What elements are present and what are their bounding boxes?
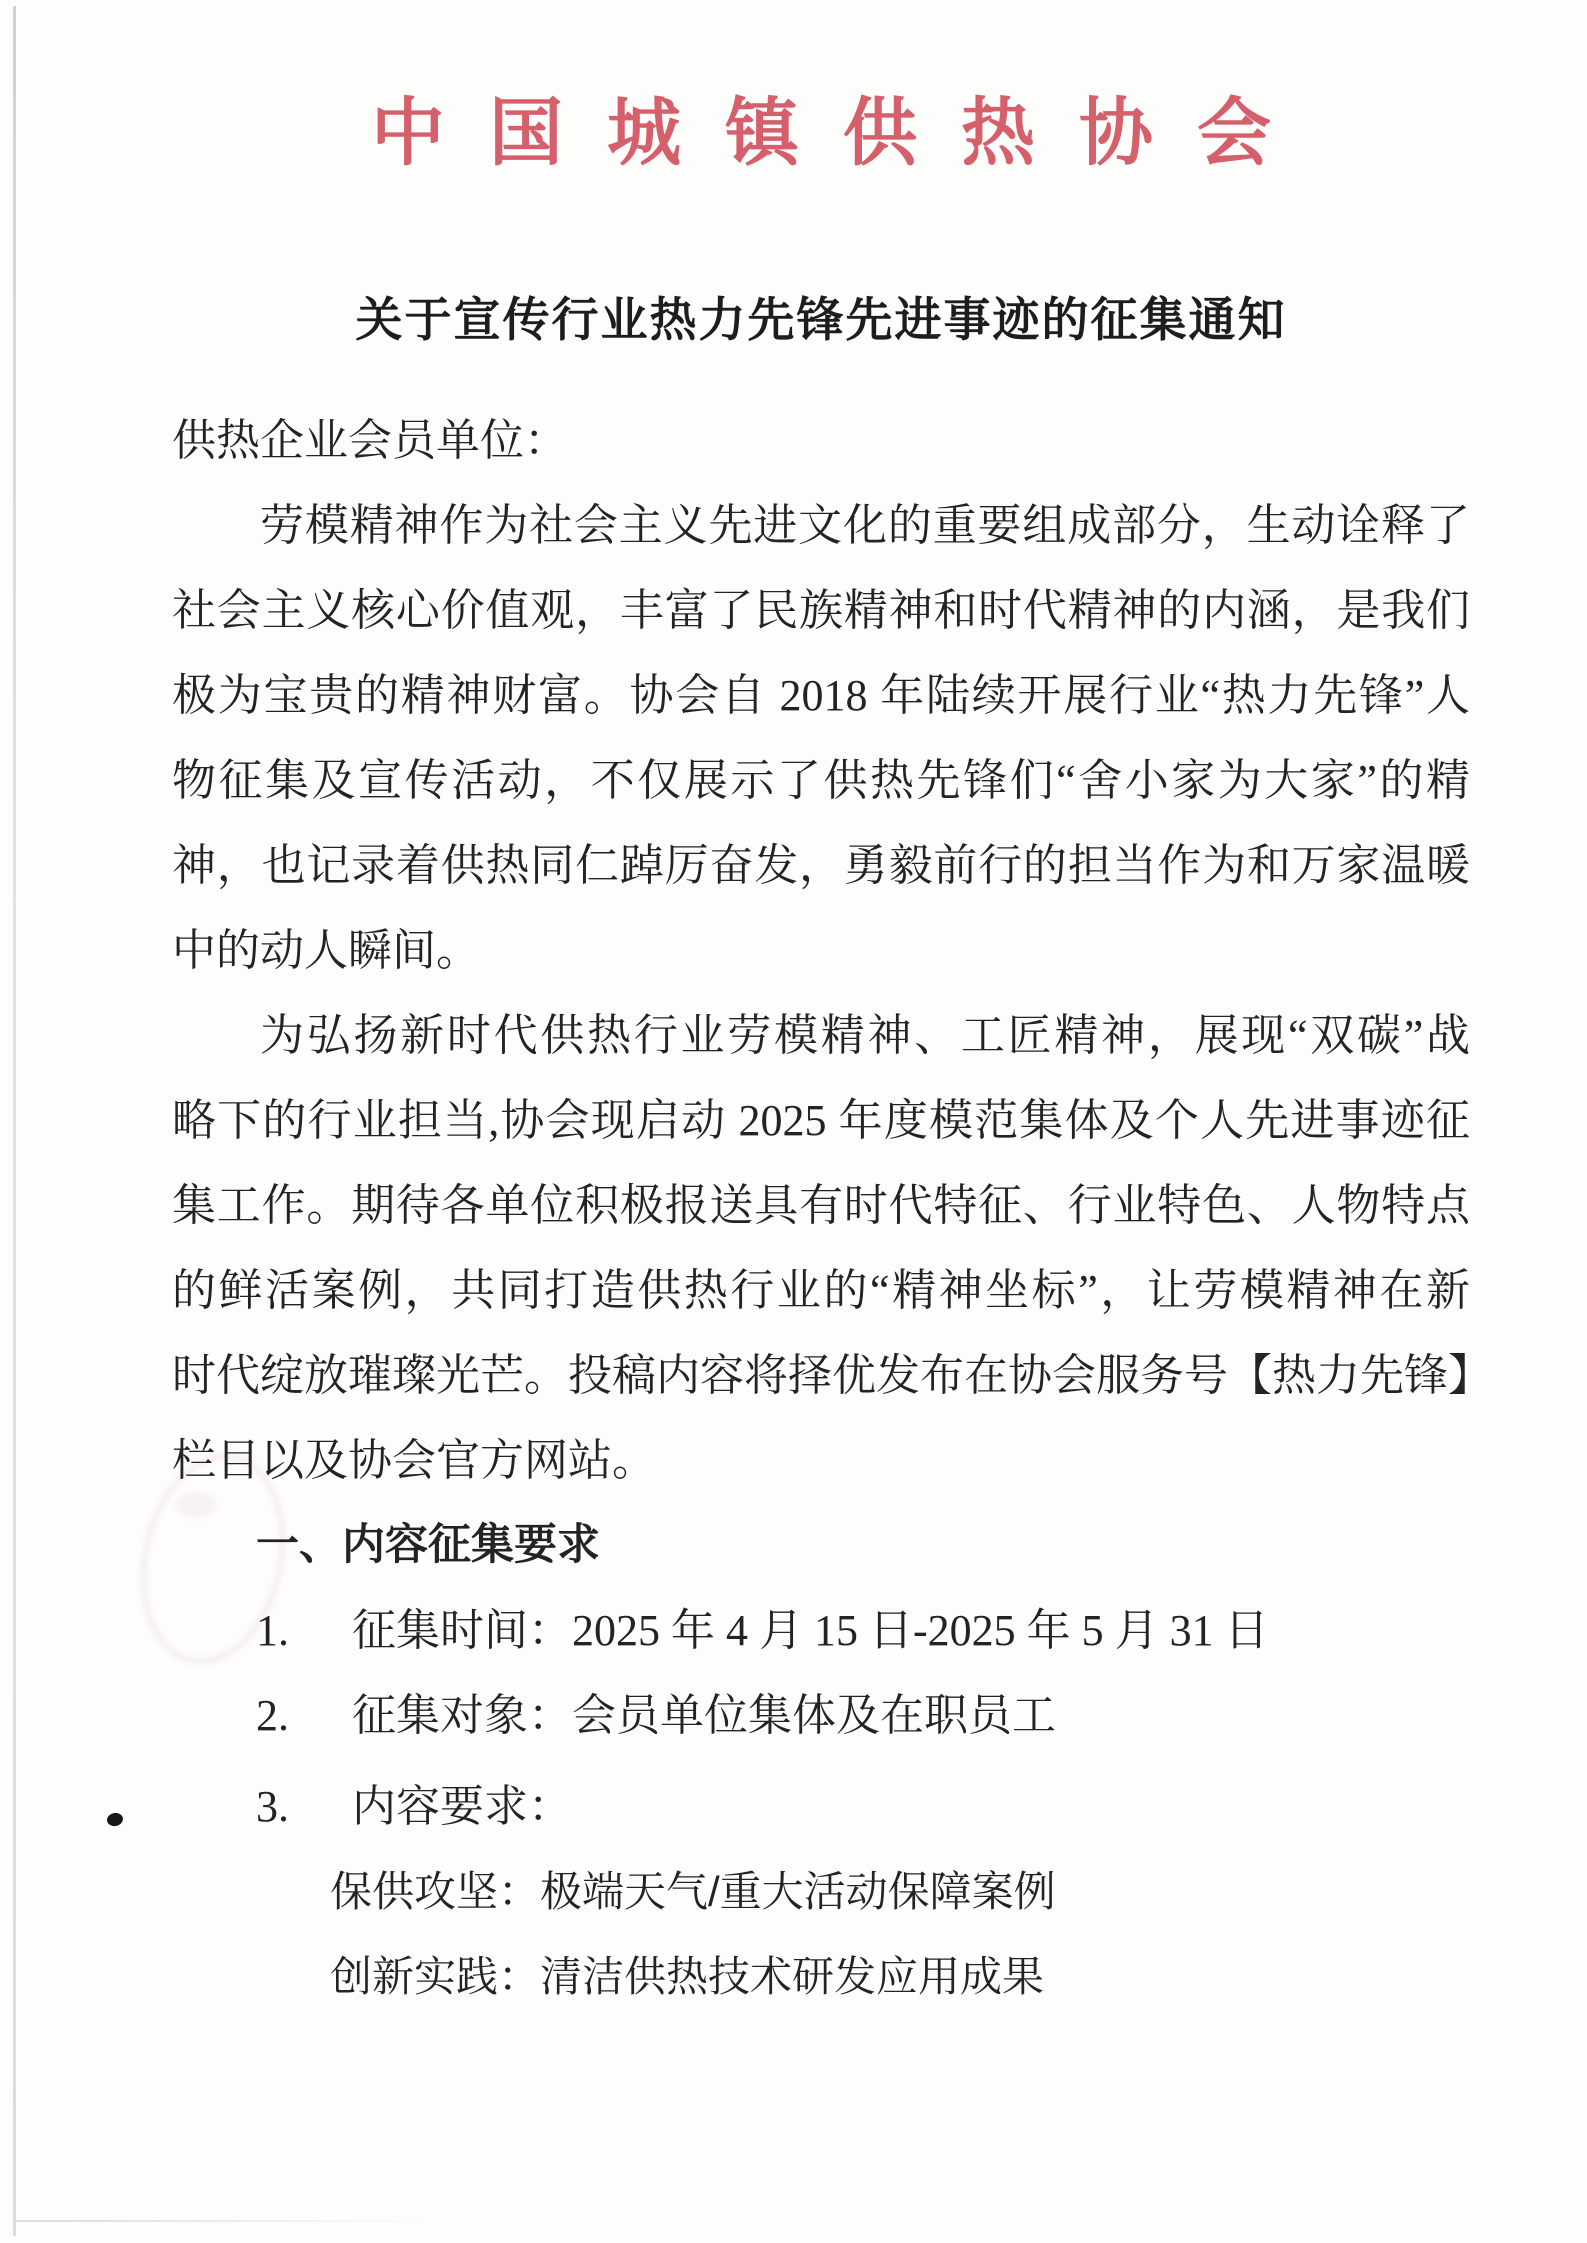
paragraph1-line-2: 社会主义核心价值观，丰富了民族精神和时代精神的内涵，是我们 xyxy=(172,568,1470,653)
list-item-text: 征集时间：2025 年 4 月 15 日-2025 年 5 月 31 日 xyxy=(352,1606,1269,1655)
scanned-document-page: 中国城镇供热协会 关于宣传行业热力先锋先进事迹的征集通知 供热企业会员单位： 劳… xyxy=(0,0,1587,2243)
paragraph1-line-1: 劳模精神作为社会主义先进文化的重要组成部分，生动诠释了 xyxy=(172,483,1470,568)
paragraph1-line-4: 物征集及宣传活动，不仅展示了供热先锋们“舍小家为大家”的精 xyxy=(172,738,1470,823)
scan-edge-line xyxy=(13,6,16,2236)
paragraph2-line-4: 的鲜活案例，共同打造供热行业的“精神坐标”，让劳模精神在新 xyxy=(172,1248,1470,1333)
list-item-text: 征集对象：会员单位集体及在职员工 xyxy=(352,1691,1056,1740)
sub-item-supply-protection: 保供攻坚：极端天气/重大活动保障案例 xyxy=(172,1849,1470,1934)
organization-title: 中国城镇供热协会 xyxy=(172,96,1470,174)
document-body: 供热企业会员单位： 劳模精神作为社会主义先进文化的重要组成部分，生动诠释了 社会… xyxy=(172,398,1470,2019)
paragraph1-line-3: 极为宝贵的精神财富。协会自 2018 年陆续开展行业“热力先锋”人 xyxy=(172,653,1470,738)
paragraph2-line-3: 集工作。期待各单位积极报送具有时代特征、行业特色、人物特点 xyxy=(172,1163,1470,1248)
list-item-text: 内容要求： xyxy=(352,1782,572,1831)
paragraph2-line-2: 略下的行业担当,协会现启动 2025 年度模范集体及个人先进事迹征 xyxy=(172,1078,1470,1163)
section-heading-content-requirements: 一、内容征集要求 xyxy=(172,1503,1470,1588)
stray-bullet-mark xyxy=(106,1811,124,1827)
document-title: 关于宣传行业热力先锋先进事迹的征集通知 xyxy=(172,293,1470,349)
salutation-line: 供热企业会员单位： xyxy=(172,398,1470,483)
scan-bottom-line xyxy=(14,2220,444,2222)
list-item-number: 1. xyxy=(256,1588,352,1673)
list-item-number: 2. xyxy=(256,1673,352,1758)
sub-item-innovation-practice: 创新实践：清洁供热技术研发应用成果 xyxy=(172,1934,1470,2019)
list-item-collection-time: 1.征集时间：2025 年 4 月 15 日-2025 年 5 月 31 日 xyxy=(172,1588,1470,1673)
paragraph1-line-6: 中的动人瞬间。 xyxy=(172,908,1470,993)
list-item-number: 3. xyxy=(256,1764,352,1849)
paragraph2-line-1: 为弘扬新时代供热行业劳模精神、工匠精神，展现“双碳”战 xyxy=(172,993,1470,1078)
paragraph1-line-5: 神，也记录着供热同仁踔厉奋发，勇毅前行的担当作为和万家温暖 xyxy=(172,823,1470,908)
list-item-content-requirements: 3.内容要求： xyxy=(172,1764,1470,1849)
list-item-collection-target: 2.征集对象：会员单位集体及在职员工 xyxy=(172,1673,1470,1758)
paragraph2-line-5: 时代绽放璀璨光芒。投稿内容将择优发布在协会服务号【热力先锋】 xyxy=(172,1333,1470,1418)
paragraph2-line-6: 栏目以及协会官方网站。 xyxy=(172,1418,1470,1503)
